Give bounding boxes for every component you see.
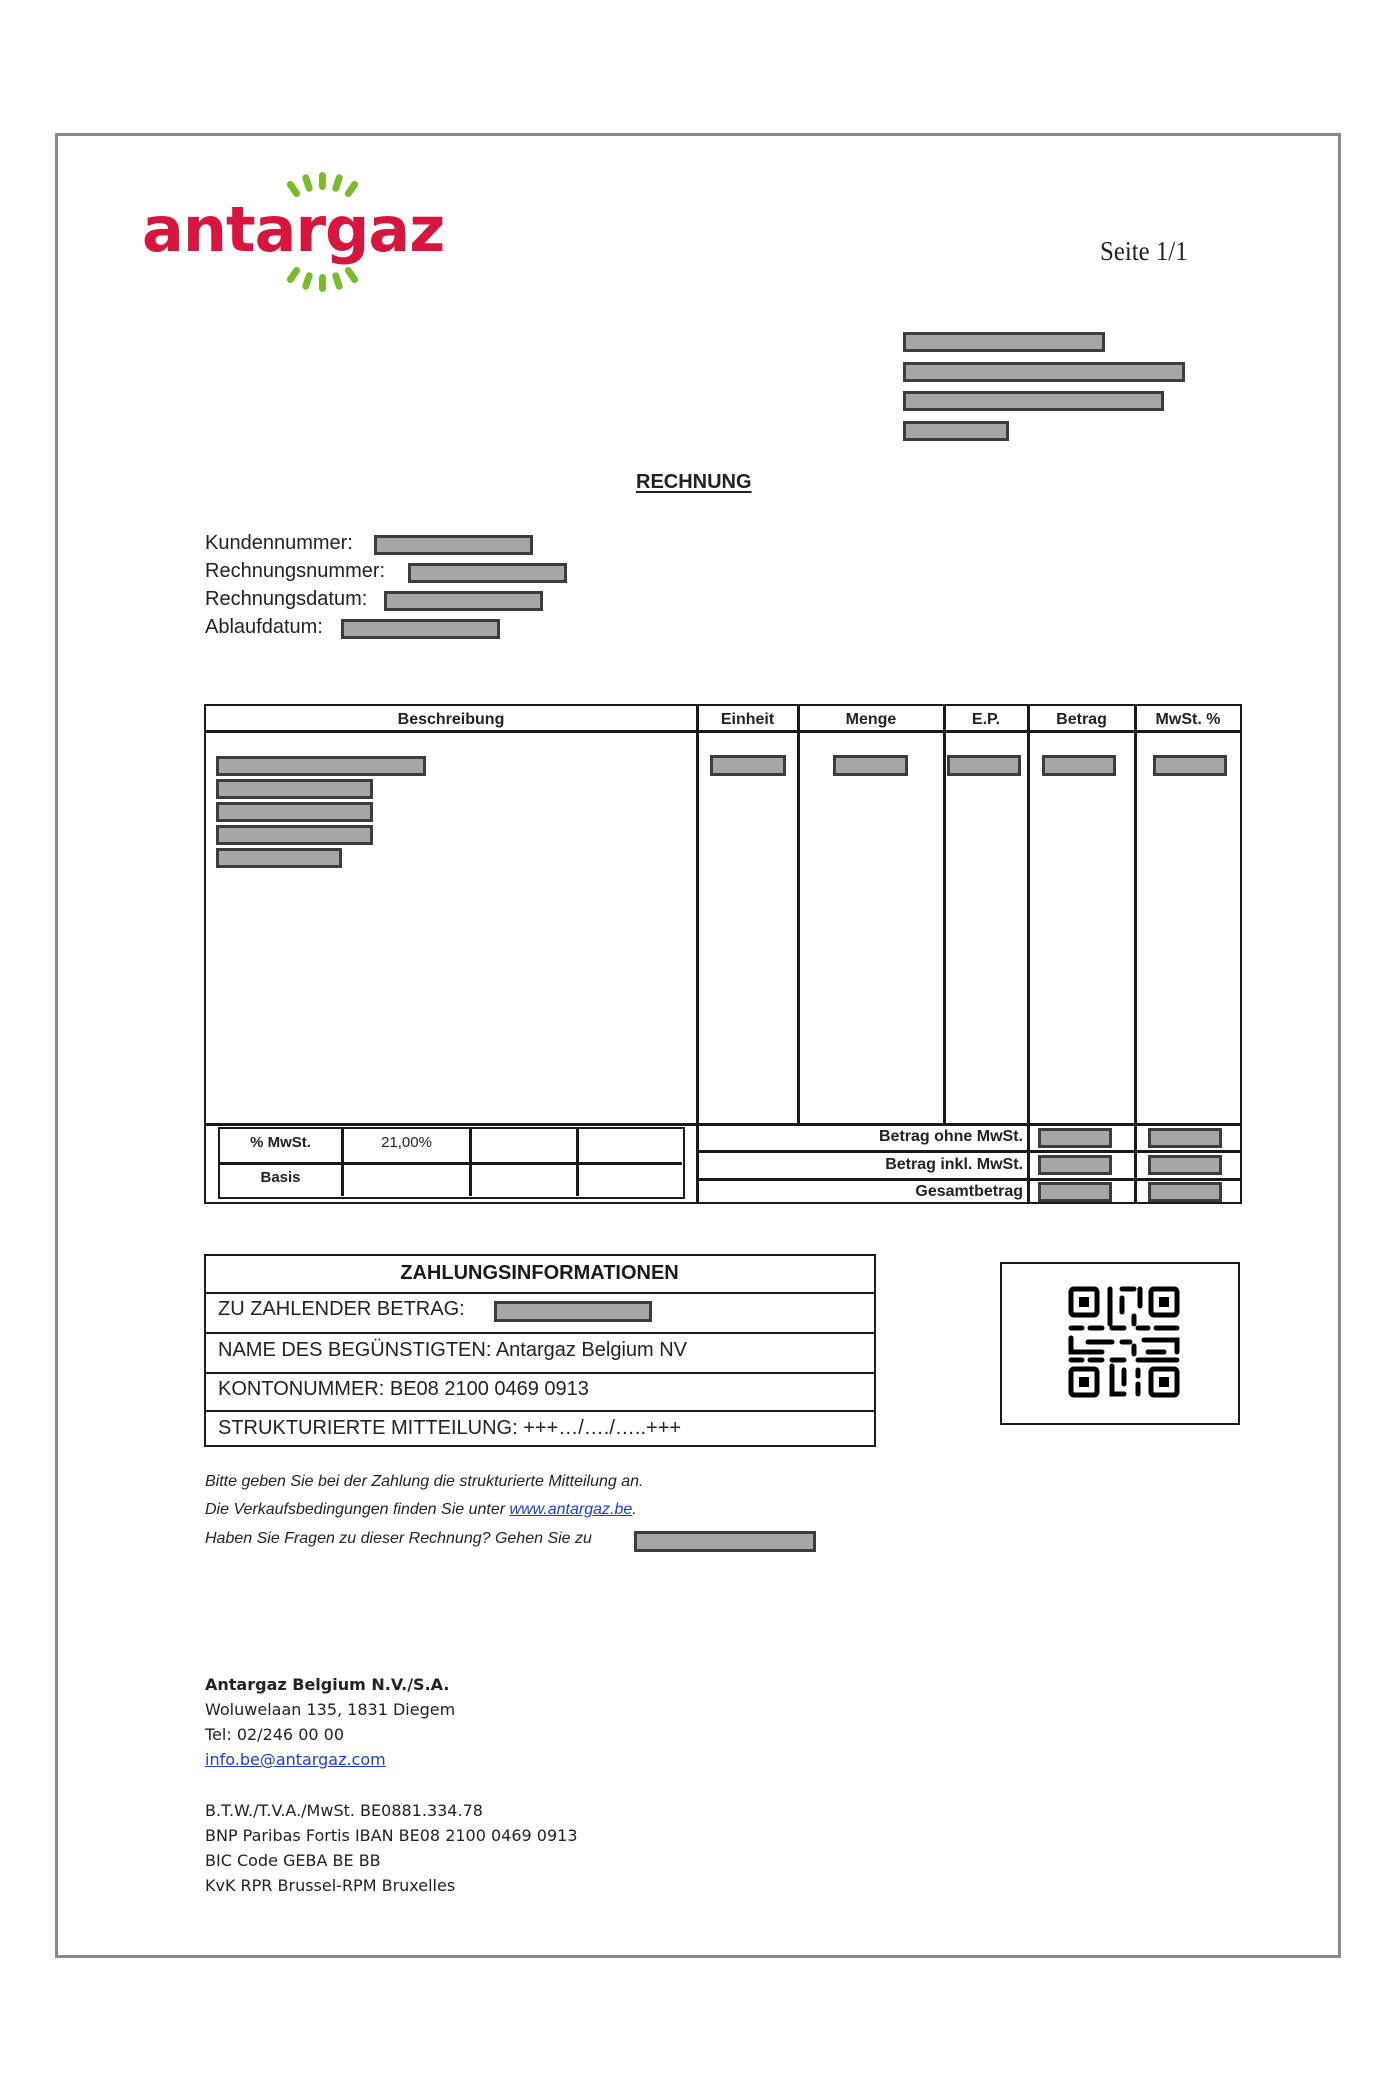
customer-number-redacted [374,535,533,555]
grand-total-row: Gesamtbetrag [698,1181,1023,1203]
qr-code-box [1000,1262,1240,1425]
vat-row-divider [220,1162,682,1165]
meta-invoice-number: Rechnungsnummer: [205,557,385,585]
note-questions: Haben Sie Fragen zu dieser Rechnung? Geh… [205,1530,592,1548]
description-line-redacted [216,756,426,776]
vat-rate-redacted [1153,755,1227,776]
grand-total-redacted [1038,1182,1112,1202]
logo-ray [301,271,313,290]
description-line-redacted [216,779,373,799]
footer-vat-number: B.T.W./T.V.A./MwSt. BE0881.334.78 [205,1798,483,1823]
footer-bic: BIC Code GEBA BE BB [205,1848,381,1873]
meta-label: Rechnungsdatum: [205,588,367,610]
meta-label: Rechnungsnummer: [205,560,385,582]
vat-rate-label: % MwSt. [220,1134,341,1151]
meta-label: Ablaufdatum: [205,616,323,638]
recipient-line-redacted [903,362,1185,382]
total-net-redacted [1038,1128,1112,1148]
total-gross-label: Betrag inkl. MwSt. [885,1156,1023,1174]
payment-amount-label: ZU ZAHLENDER BETRAG: [218,1298,465,1320]
footer-company-name: Antargaz Belgium N.V./S.A. [205,1672,449,1697]
description-line-redacted [216,848,342,868]
invoice-number-redacted [408,563,567,583]
logo-ray [319,274,326,292]
meta-customer-number: Kundennummer: [205,529,353,557]
structured-message-text: STRUKTURIERTE MITTEILUNG: +++…/…./…..+++ [218,1417,681,1439]
total-net-row: Betrag ohne MwSt. [698,1125,1023,1150]
document-title: RECHNUNG [636,471,752,494]
structured-message-row: STRUKTURIERTE MITTEILUNG: +++…/…./…..+++ [206,1410,874,1446]
col-header-amount: Betrag [1029,708,1134,732]
footer-email-row: info.be@antargaz.com [205,1747,386,1772]
grand-total-label: Gesamtbetrag [915,1183,1023,1201]
beneficiary-row: NAME DES BEGÜNSTIGTEN: Antargaz Belgium … [206,1332,874,1372]
beneficiary-text: NAME DES BEGÜNSTIGTEN: Antargaz Belgium … [218,1339,687,1361]
footer-register: KvK RPR Brussel-RPM Bruxelles [205,1873,455,1898]
page-indicator: Seite 1/1 [1100,236,1188,267]
logo-ray [331,271,343,290]
account-row: KONTONUMMER: BE08 2100 0469 0913 [206,1372,874,1410]
footer-phone: Tel: 02/246 00 00 [205,1722,344,1747]
unit-price-redacted [947,755,1021,776]
meta-due-date: Ablaufdatum: [205,613,323,641]
antargaz-logo: antargaz [140,170,460,290]
vat-col-divider [576,1129,579,1196]
invoice-table: Beschreibung Einheit Menge E.P. Betrag M… [204,704,1242,1204]
note-terms-text: Die Verkaufsbedingungen finden Sie unter [205,1501,510,1518]
col-header-unit: Einheit [698,708,797,732]
footer-email-link[interactable]: info.be@antargaz.com [205,1750,386,1769]
total-net-vat-redacted [1148,1128,1222,1148]
unit-redacted [710,755,786,776]
terms-link[interactable]: www.antargaz.be [510,1501,633,1518]
grand-total-vat-redacted [1148,1182,1222,1202]
vat-basis-label: Basis [220,1169,341,1186]
logo-ray [319,172,326,190]
total-net-label: Betrag ohne MwSt. [879,1128,1023,1146]
note-terms-suffix: . [632,1501,636,1518]
column-divider [943,706,946,1123]
vat-col-divider [469,1129,472,1196]
recipient-line-redacted [903,391,1164,411]
invoice-date-redacted [384,591,543,611]
questions-link-redacted [634,1531,816,1552]
quantity-redacted [833,755,908,776]
footer-iban: BNP Paribas Fortis IBAN BE08 2100 0469 0… [205,1823,578,1848]
column-divider [797,706,800,1123]
description-line-redacted [216,825,373,845]
total-gross-row: Betrag inkl. MwSt. [698,1153,1023,1178]
recipient-line-redacted [903,332,1105,352]
account-number-text: KONTONUMMER: BE08 2100 0469 0913 [218,1378,589,1400]
total-gross-vat-redacted [1148,1155,1222,1175]
meta-invoice-date: Rechnungsdatum: [205,585,367,613]
payment-info-heading: ZAHLUNGSINFORMATIONEN [206,1256,873,1292]
vat-summary-table: % MwSt. Basis 21,00% [218,1127,685,1199]
note-structured-message: Bitte geben Sie bei der Zahlung die stru… [205,1473,643,1491]
recipient-line-redacted [903,421,1009,441]
col-header-unit-price: E.P. [945,708,1027,732]
col-header-description: Beschreibung [206,708,696,732]
qr-code-icon [1068,1286,1180,1398]
total-gross-redacted [1038,1155,1112,1175]
column-divider [1134,706,1137,1202]
logo-wordmark: antargaz [142,190,444,270]
amount-redacted [1042,755,1116,776]
col-header-vat-rate: MwSt. % [1136,708,1240,732]
note-terms: Die Verkaufsbedingungen finden Sie unter… [205,1501,637,1519]
payment-amount-redacted [494,1301,652,1322]
col-header-quantity: Menge [799,708,943,732]
payment-info-box: ZAHLUNGSINFORMATIONEN ZU ZAHLENDER BETRA… [204,1254,876,1447]
footer-address: Woluwelaan 135, 1831 Diegem [205,1697,455,1722]
meta-label: Kundennummer: [205,532,353,554]
column-divider [1027,706,1030,1202]
description-line-redacted [216,802,373,822]
vat-rate-value: 21,00% [344,1134,469,1151]
due-date-redacted [341,619,500,639]
